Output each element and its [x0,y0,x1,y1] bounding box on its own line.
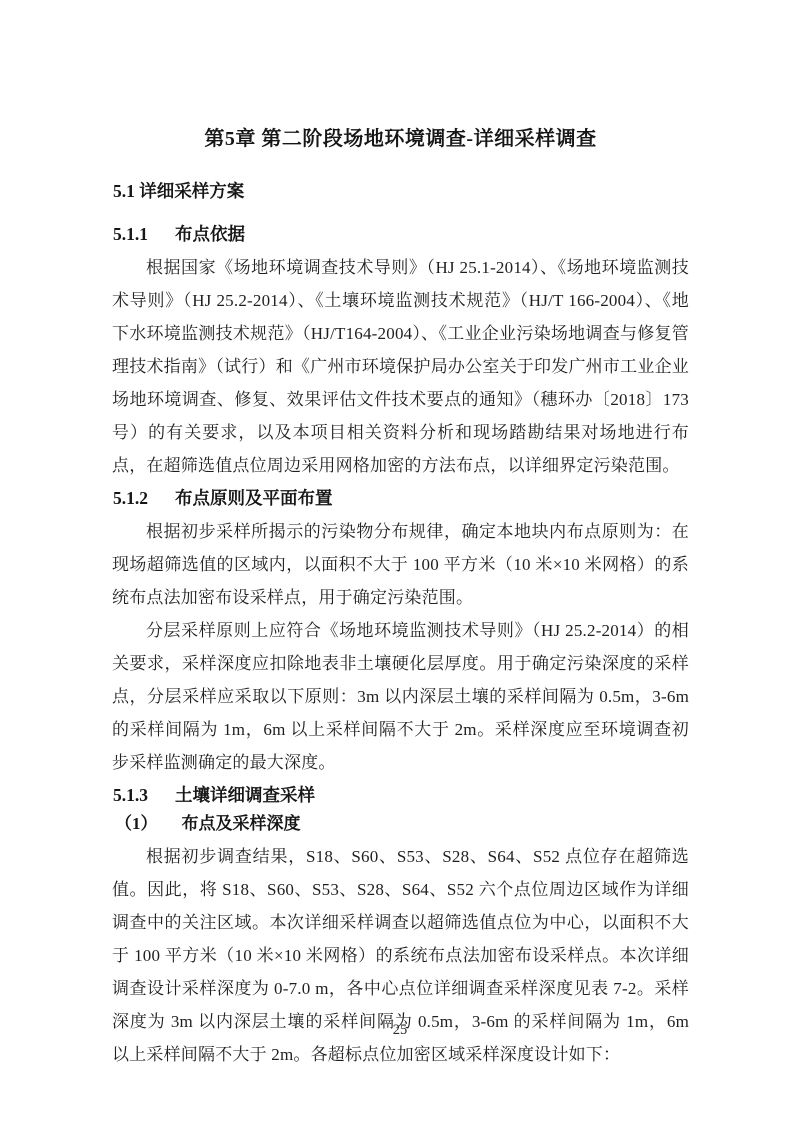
section-5-1-heading: 5.1 详细采样方案 [113,179,689,203]
paragraph-layered-sampling: 分层采样原则上应符合《场地环境监测技术导则》（HJ 25.2-2014）的相关要… [112,614,689,779]
page-number: 25 [0,1022,800,1039]
subsection-1-heading: （1）布点及采样深度 [115,812,689,836]
heading-number: （1） [115,812,158,836]
heading-label: 土壤详细调查采样 [175,785,315,805]
section-5-1-3-heading: 5.1.3土壤详细调查采样 [113,783,689,807]
heading-number: 5.1.2 [113,486,175,510]
paragraph-layout-principle: 根据初步采样所揭示的污染物分布规律，确定本地块内布点原则为：在现场超筛选值的区域… [112,515,689,614]
heading-number: 5.1.3 [113,783,175,807]
heading-label: 布点原则及平面布置 [175,488,333,508]
document-page: 第5章 第二阶段场地环境调查-详细采样调查 5.1 详细采样方案 5.1.1布点… [0,0,800,1131]
heading-label: 布点及采样深度 [182,814,301,833]
heading-number: 5.1.1 [113,222,175,246]
paragraph-basis-of-layout: 根据国家《场地环境调查技术导则》（HJ 25.1-2014）、《场地环境监测技术… [112,251,689,482]
section-5-1-2-heading: 5.1.2布点原则及平面布置 [113,486,689,510]
section-5-1-1-heading: 5.1.1布点依据 [113,222,689,246]
heading-label: 布点依据 [175,224,245,244]
chapter-title: 第5章 第二阶段场地环境调查-详细采样调查 [112,126,689,152]
